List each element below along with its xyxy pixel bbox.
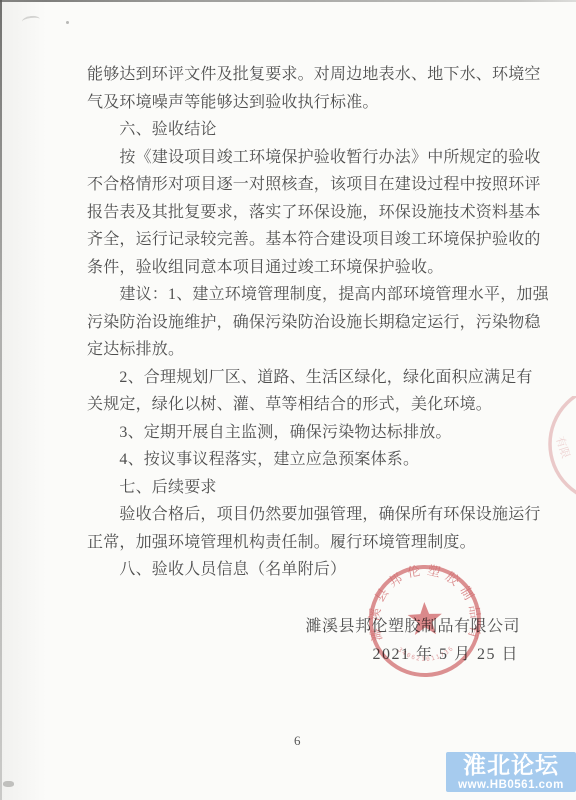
text-line: 2、合理规划厂区、道路、生活区绿化，绿化面积应满足有 <box>87 364 527 392</box>
text-line: 4、按议事议程落实，建立应急预案体系。 <box>87 446 527 474</box>
text-line: 按《建设项目竣工环境保护验收暂行办法》中所规定的验收 <box>87 144 527 172</box>
seal-star-icon <box>407 601 442 635</box>
watermark-title: 淮北论坛 <box>446 752 576 779</box>
section-heading: 七、后续要求 <box>87 474 527 502</box>
text-line: 气及环境噪声等能够达到验收执行标准。 <box>87 89 527 117</box>
page-number: 6 <box>294 733 301 749</box>
svg-text:340621011736: 340621011736 <box>396 644 456 664</box>
company-seal-stamp: 濉溪县邦伦塑胶制品有限公司 340621011736 <box>351 548 500 697</box>
scan-speck <box>66 21 69 24</box>
seal-code-text: 340621011736 <box>396 644 456 664</box>
scan-speck <box>3 781 14 787</box>
text-line: 能够达到环评文件及批复要求。对周边地表水、地下水、环境空 <box>87 61 527 89</box>
text-line: 建议：1、建立环境管理制度，提高内部环境管理水平，加强 <box>87 281 527 309</box>
text-line: 3、定期开展自主监测，确保污染物达标排放。 <box>87 419 527 447</box>
section-heading: 六、验收结论 <box>87 116 527 144</box>
text-line: 条件，验收组同意本项目通过竣工环境保护验收。 <box>87 254 527 282</box>
text-line: 报告表及其批复要求，落实了环保设施，环保设施技术资料基本 <box>87 199 527 227</box>
text-line: 不合格情形对项目逐一对照核查，该项目在建设过程中按照环评 <box>87 171 527 199</box>
forum-watermark: 淮北论坛 www.HB0561.com <box>446 752 576 792</box>
edge-seal-partial-text: 有限 <box>553 435 572 460</box>
text-line: 关规定，绿化以树、灌、草等相结合的形式，美化环境。 <box>87 391 527 419</box>
svg-text:濉溪县邦伦塑胶制品有限公司: 濉溪县邦伦塑胶制品有限公司 <box>351 548 485 651</box>
text-line: 污染防治设施维护，确保污染防治设施长期稳定运行，污染物稳 <box>87 309 527 337</box>
scan-edge-top <box>0 0 576 2</box>
text-line: 验收合格后，项目仍然要加强管理，确保所有环保设施运行 <box>87 501 527 529</box>
scan-edge-left <box>0 0 2 800</box>
body-text: 能够达到环评文件及批复要求。对周边地表水、地下水、环境空 气及环境噪声等能够达到… <box>87 61 527 584</box>
seal-company-text: 濉溪县邦伦塑胶制品有限公司 <box>351 548 485 651</box>
text-line: 定达标排放。 <box>87 336 527 364</box>
text-line: 齐全，运行记录较完善。基本符合建设项目竣工环境保护验收的 <box>87 226 527 254</box>
scan-speck <box>21 15 40 26</box>
scan-shading <box>0 0 46 800</box>
watermark-url: www.HB0561.com <box>446 779 576 791</box>
partial-edge-seal-stamp: 有限 <box>520 396 576 496</box>
scanned-document-page: 能够达到环评文件及批复要求。对周边地表水、地下水、环境空 气及环境噪声等能够达到… <box>0 0 576 800</box>
